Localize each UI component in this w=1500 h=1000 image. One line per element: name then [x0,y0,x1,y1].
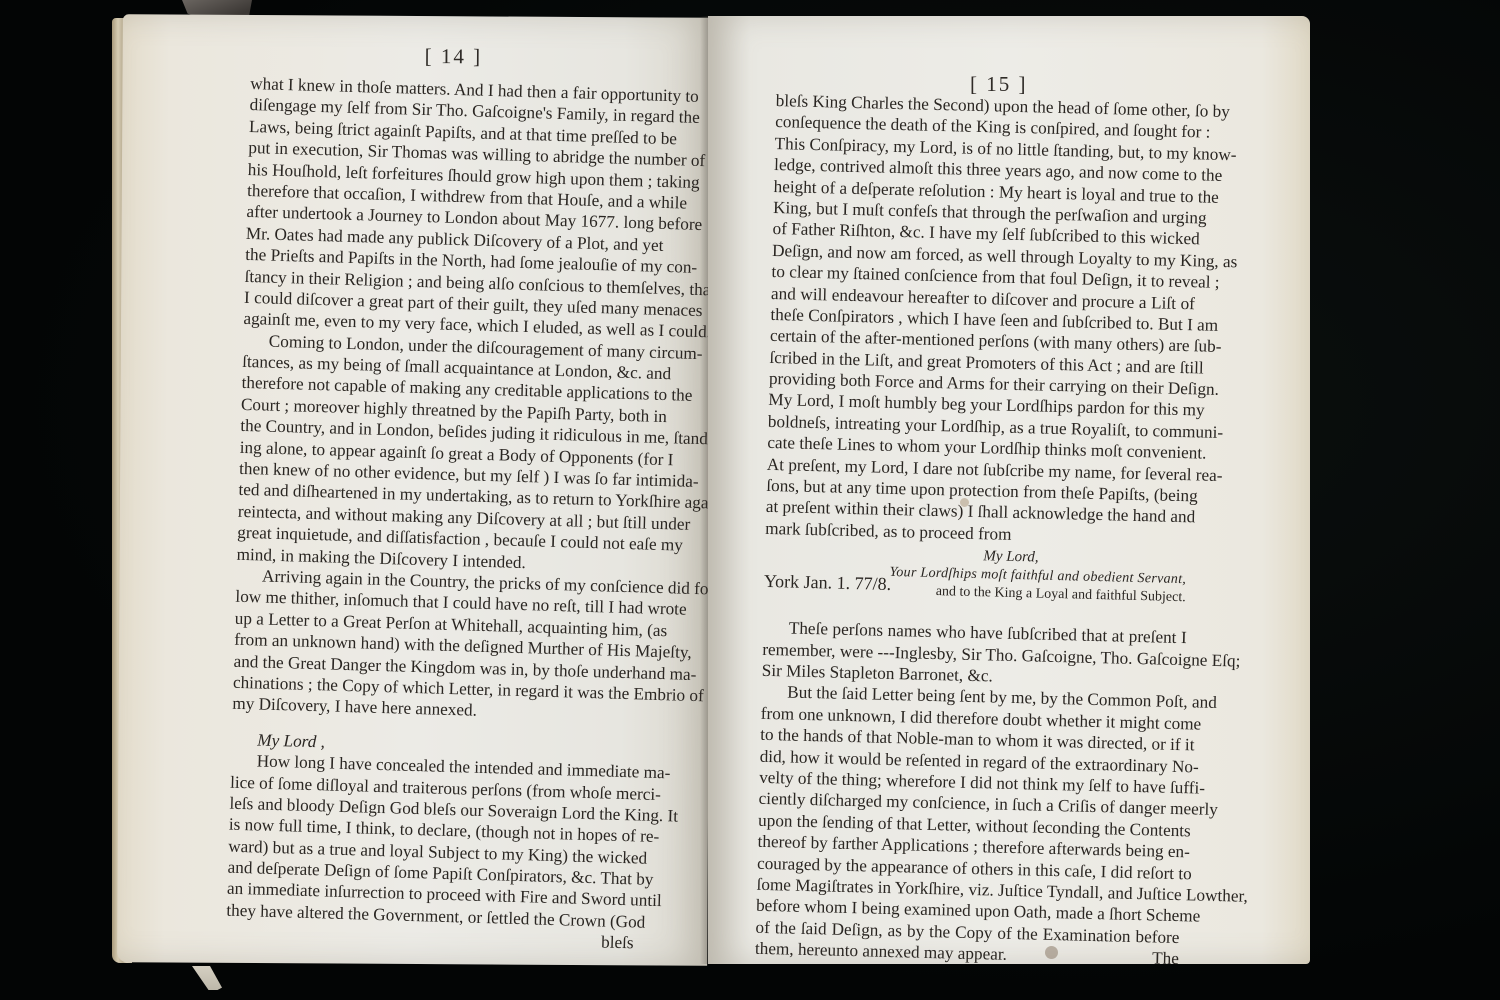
page-number-15: [ 15 ] [970,72,1028,97]
book-scan-scene: [ 14 ] what I knew in thoſe matters. And… [0,0,1500,1000]
right-page: [ 15 ] bleſs King Charles the Second) up… [708,16,1310,964]
right-page-body: bleſs King Charles the Second) upon the … [755,90,1200,970]
letter-date: York Jan. 1. 77/8. [764,571,892,596]
ink-stain [1045,946,1058,959]
ink-stain [960,498,969,507]
left-page-body: what I knew in thoſe matters. And I had … [226,73,659,954]
page-number-14: [ 14 ] [425,44,483,69]
bookmark-ribbon-bottom [192,966,222,990]
left-page: [ 14 ] what I knew in thoſe matters. And… [117,14,713,966]
letter-signature-block: My Lord, Your Lordſhips moſt faithful an… [764,543,1189,601]
